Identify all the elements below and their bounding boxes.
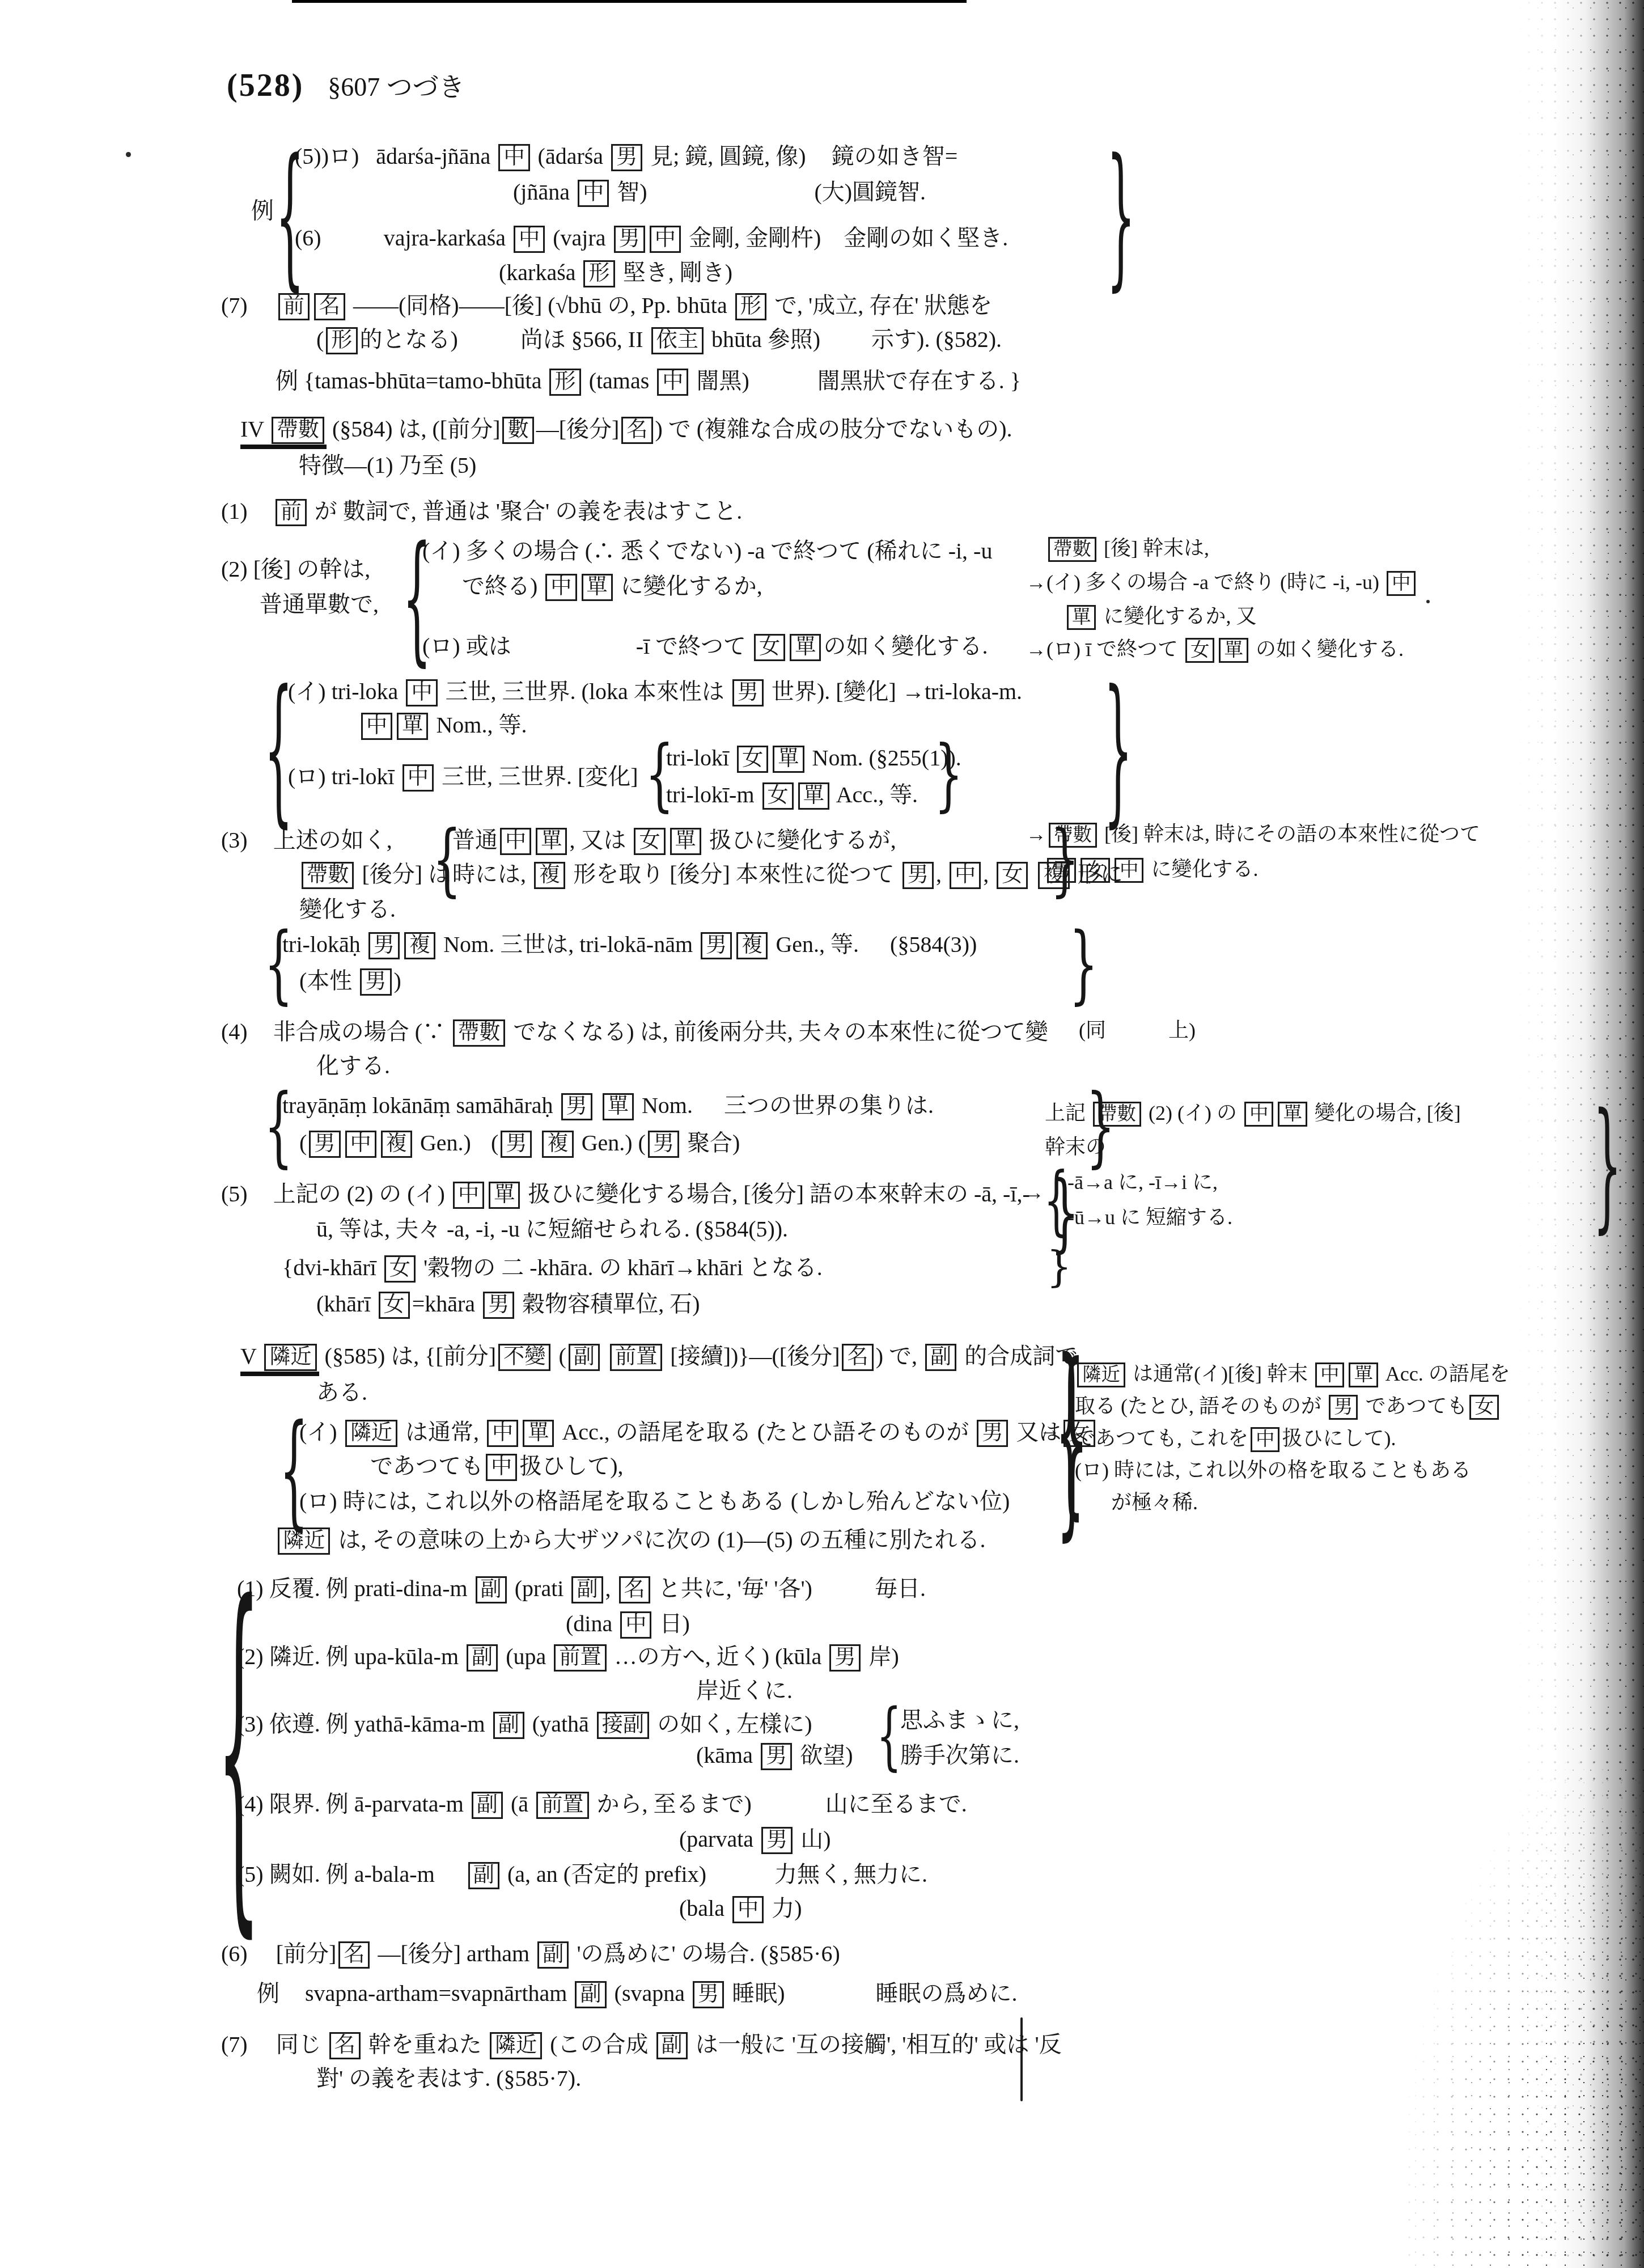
page-header: (528)§607 つづき — [227, 67, 465, 105]
grammar-tag: 帶數 — [272, 417, 324, 444]
grammar-tag: 前置 — [610, 1344, 662, 1371]
right-brace: } — [1046, 1245, 1072, 1288]
v-list2-line2: 岸近くに. — [696, 1677, 793, 1704]
iv-item5-line1: (5)上記の (2) の (イ) 中單 扱ひに變化する場合, [後分] 語の本來… — [221, 1180, 1030, 1209]
v-i-line2: であつても中扱ひして), — [370, 1453, 624, 1481]
grammar-tag: 副 — [656, 2032, 688, 2059]
grammar-tag: 男 — [829, 1644, 861, 1672]
grammar-tag: 中 — [402, 764, 434, 792]
iv-item4-line2: 化する. — [316, 1052, 390, 1080]
section-iv-heading: IV 帶數 (§584) は, ([前分]數—[後分]名) で (複雜な合成の肢… — [240, 416, 1012, 444]
triloka-inner1: tri-lokī 女單 Nom. (§255(1)). — [666, 744, 961, 773]
grammar-tag: 前置 — [536, 1792, 588, 1819]
spacer — [820, 341, 871, 342]
margin-iv2-line2: →(イ) 多くの場合 -a で終り (時に -i, -u) 中 — [1026, 570, 1418, 596]
grammar-tag: 副 — [476, 1576, 507, 1603]
grammar-tag: 單 — [773, 746, 804, 773]
v-list3-line2: (kāma 男 欲望) — [696, 1742, 853, 1770]
grammar-tag: 單 — [603, 1093, 634, 1120]
v-list1-line1: (1) 反覆. 例 prati-dina-m 副 (prati 副, 名 と共に… — [237, 1575, 926, 1603]
example5-line2: (jñāna 中 智)(大)圓鏡智. — [513, 179, 926, 207]
grammar-tag: 中 — [545, 574, 577, 601]
grammar-tag: 副 — [575, 1981, 606, 2008]
margin-iv3-line1: →帶數 [後] 幹末は, 時にその語の本來性に從つて — [1026, 822, 1480, 848]
spacer — [435, 1876, 466, 1877]
spacer — [821, 240, 844, 241]
grammar-tag: 單 — [536, 828, 567, 855]
spacer — [511, 648, 636, 649]
page-title: §607 つづき — [328, 73, 465, 101]
grammar-tag: 副 — [468, 1862, 499, 1889]
margin-iv2-line3: 單 に變化するか, 又 — [1065, 604, 1256, 630]
v-list5-line2: (bala 中 力) — [679, 1895, 802, 1923]
spacer — [359, 158, 376, 159]
grammar-tag: 複 — [381, 1131, 412, 1158]
iv-item2-label1: (2) [後] の幹は, — [221, 556, 370, 583]
grammar-tag: 女 — [754, 634, 785, 661]
grammar-tag: 男 — [483, 1292, 514, 1319]
spacer — [248, 1196, 273, 1197]
margin-iv3-line2: 男女中 に變化する. — [1045, 857, 1258, 883]
item7-line1: (7)前名 ——(同格)——[後] (√bhū の, Pp. bhūta 形 で… — [221, 292, 992, 320]
triloka-i-line2: 中單 Nom., 等. — [359, 712, 527, 740]
grammar-tag: 形 — [549, 369, 581, 396]
iv-item2-i-line1: (イ) 多くの場合 (∴ 悉くでない) -a で終つて (稀れに -i, -u — [422, 538, 992, 565]
grammar-tag: 副 — [467, 1644, 498, 1672]
grammar-tag: 中 — [950, 862, 981, 889]
iv-item1: (1)前 が 數詞で, 普通は '聚合' の義を表はすこと. — [221, 498, 742, 526]
v-item7-line1: (7)同じ 名 幹を重ねた 隣近 (この合成 副 は一般に '互の接觸', '相… — [221, 2031, 1062, 2059]
iv-item2-i-line2: で終る) 中單 に變化するか, — [462, 573, 762, 601]
grammar-tag: 女 — [384, 1255, 416, 1283]
grammar-tag: 中 — [1387, 571, 1416, 596]
grammar-tag: 中 — [578, 180, 609, 207]
scanned-grammar-page: { "colors": {"ink": "#141414", "paper": … — [0, 0, 1644, 2268]
grammar-tag: 中 — [1115, 858, 1143, 883]
grammar-tag: 單 — [670, 828, 701, 855]
spacer — [248, 307, 276, 308]
grammar-tag: 帶數 — [453, 1019, 505, 1047]
grammar-tag: 帶數 — [1048, 537, 1096, 562]
grammar-tag: 隣近 — [264, 1344, 316, 1371]
iv-item4-example2: (男中複 Gen.)(男 複 Gen.) (男 聚合) — [299, 1129, 740, 1158]
grammar-tag: 男 — [648, 1131, 679, 1158]
grammar-tag: 中 — [1315, 1363, 1344, 1387]
grammar-tag: 男 — [732, 679, 764, 706]
right-bracket-rule — [1020, 2017, 1023, 2101]
grammar-tag: 中 — [500, 828, 531, 855]
spacer — [752, 1806, 825, 1807]
example5-line1: (5))ロ)ādarśa-jñāna 中 (ādarśa 男 見; 鏡, 圓鏡,… — [295, 143, 957, 171]
section-v-heading-rest: (§585) は, {[前分]不變 (副 前置 [接續])}—([後分]名) で… — [319, 1343, 1078, 1369]
grammar-tag: 中 — [732, 1896, 764, 1923]
section-iv-heading-rest: (§584) は, ([前分]數—[後分]名) で (複雜な合成の肢分でないもの… — [327, 416, 1012, 442]
right-brace: } — [1107, 139, 1135, 294]
v-list2-line1: (2) 隣近. 例 upa-kūla-m 副 (upa 前置 …の方へ, 近く)… — [237, 1643, 899, 1672]
spacer — [1106, 1032, 1168, 1033]
grammar-tag: 數 — [502, 417, 533, 444]
grammar-tag: 副 — [571, 1576, 603, 1603]
margin-iv5-line3: -ā→a に, -ī→i に, — [1067, 1170, 1218, 1195]
v-list5-line1: (5) 闕如. 例 a-bala-m副 (a, an (否定的 prefix)力… — [237, 1861, 927, 1889]
grammar-tag: 女 — [1469, 1395, 1498, 1420]
scan-edge-line — [292, 0, 967, 3]
grammar-tag: 隣近 — [278, 1527, 330, 1555]
grammar-tag: 帶數 — [302, 862, 354, 889]
grammar-tag: 單 — [1219, 638, 1248, 663]
grammar-tag: 副 — [537, 1941, 569, 1969]
grammar-tag: 中 — [1244, 1102, 1273, 1127]
iv-item4-example1: trayāṇāṃ lokānāṃ samāhāraḥ 男 單 Nom.三つの世界… — [282, 1092, 934, 1120]
grammar-tag: 中 — [406, 679, 437, 706]
v-item6-line2: 例svapna-artham=svapnārtham 副 (svapna 男 睡… — [257, 1980, 1018, 2008]
spacer — [321, 240, 384, 241]
grammar-tag: 男 — [701, 932, 732, 959]
iv-item5-line2: ū, 等は, 夫々 -a, -i, -u に短縮せられる. (§584(5)). — [316, 1216, 788, 1243]
example6-line1: (6)vajra-karkaśa 中 (vajra 男中 金剛, 金剛杵)金剛の… — [295, 225, 1008, 253]
v-outro: 隣近 は, その意味の上から大ザツパに次の (1)—(5) の五種に別たれる. — [276, 1526, 985, 1555]
grammar-tag: 依主 — [651, 327, 704, 354]
grammar-tag: 中 — [487, 1420, 518, 1447]
page-number: (528) — [227, 68, 304, 103]
grammar-tag: 男 — [761, 1827, 793, 1854]
grammar-tag: 隣近 — [490, 2032, 542, 2059]
grammar-tag: 單 — [1067, 605, 1096, 630]
scan-noise-bottom — [1406, 1758, 1644, 2268]
grammar-tag: 中 — [486, 1454, 517, 1481]
grammar-tag: 複 — [534, 862, 565, 889]
v-list3-line1: (3) 依遵. 例 yathā-kāma-m 副 (yathā 接副 の如く, … — [237, 1711, 812, 1739]
grammar-tag: 中 — [1251, 1427, 1279, 1452]
left-brace: { — [876, 1699, 902, 1773]
right-brace: } — [934, 735, 963, 814]
grammar-tag: 中 — [345, 1131, 376, 1158]
spacer — [458, 341, 520, 342]
margin-v-line5: が極々稀. — [1111, 1491, 1198, 1515]
grammar-tag: 男 — [309, 1131, 340, 1158]
spacer — [859, 946, 890, 947]
grammar-tag: 中 — [650, 226, 681, 253]
margin-iv4-ditto: (同上) — [1079, 1018, 1196, 1043]
grammar-tag: 形 — [735, 293, 766, 320]
grammar-tag: 不變 — [498, 1344, 550, 1371]
grammar-tag: 帶數 — [1093, 1102, 1141, 1127]
grammar-tag: 形 — [583, 260, 615, 287]
grammar-tag: 名 — [621, 417, 652, 444]
grammar-tag: 中 — [657, 369, 688, 396]
spacer — [471, 1145, 491, 1146]
spacer — [248, 1956, 276, 1957]
section-v-heading: V 隣近 (§585) は, {[前分]不變 (副 前置 [接續])}—([後分… — [240, 1343, 1078, 1371]
grammar-tag: 女 — [379, 1292, 410, 1319]
grammar-tag: 女 — [737, 746, 768, 773]
section-iv-subheading: 特徴—(1) 乃至 (5) — [299, 452, 476, 479]
grammar-tag: 前置 — [554, 1644, 606, 1672]
triloka-inner2: tri-lokī-m 女單 Acc., 等. — [666, 781, 918, 810]
margin-v-line4: (ロ) 時には, これ以外の格を取ることもある — [1075, 1458, 1471, 1483]
grammar-tag: 男 — [1329, 1395, 1358, 1420]
grammar-tag: 男 — [614, 226, 645, 253]
grammar-tag: 男 — [368, 932, 400, 959]
iv-item3-line2b: 時には, 複 形を取り [後分] 本來性に從つて 男, 中, 女 複 形に — [452, 861, 1123, 889]
grammar-tag: 男 — [693, 1981, 724, 2008]
v-list3-gloss2: 勝手次第に. — [900, 1742, 1019, 1769]
grammar-tag: 單 — [1278, 1102, 1307, 1127]
grammar-tag: 單 — [397, 713, 428, 740]
item7-example: 例 {tamas-bhūta=tamo-bhūta 形 (tamas 中 闇黑)… — [276, 367, 1021, 396]
grammar-tag: 副 — [925, 1344, 956, 1371]
grammar-tag: 中 — [361, 713, 392, 740]
spacer — [706, 1876, 774, 1877]
grammar-tag: 帶數 — [1049, 823, 1097, 848]
spacer — [806, 158, 832, 159]
grammar-tag: 隣近 — [1077, 1363, 1125, 1387]
v-list3-gloss1: 思ふまゝに, — [900, 1707, 1019, 1734]
grammar-tag: 男 — [360, 968, 391, 996]
triloka-ro: (ロ) tri-lokī 中 三世, 三世界. [変化] — [288, 763, 638, 792]
grammar-tag: 女 — [1081, 858, 1109, 883]
spacer — [749, 383, 817, 384]
grammar-tag: 女 — [634, 828, 665, 855]
iv-item3-line3: 變化する. — [299, 896, 396, 923]
iv-item2-ro: (ロ) 或は-ī で終つて 女單の如く變化する. — [422, 633, 988, 661]
spacer — [279, 1995, 305, 1996]
margin-iv2-line1: 帶數 [後] 幹末は, — [1046, 536, 1209, 562]
grammar-tag: 男 — [501, 1131, 532, 1158]
grammar-tag: 女 — [997, 862, 1028, 889]
grammar-tag: 複 — [404, 932, 435, 959]
iv-item2-label2: 普通單數で, — [260, 591, 379, 618]
grammar-tag: 單 — [489, 1182, 520, 1209]
example-group-label: 例 — [251, 197, 274, 225]
triloka-i-line1: (イ) tri-loka 中 三世, 三世界. (loka 本來性は 男 世界)… — [288, 678, 1022, 706]
grammar-tag: 單 — [798, 782, 829, 810]
v-item6-line1: (6)[前分]名 —[後分] artham 副 'の爲めに' の場合. (§58… — [221, 1940, 840, 1969]
item7-line2: (形的となる)尚ほ §566, II 依主 bhūta 參照)示す). (§58… — [316, 326, 1002, 354]
right-brace: } — [1593, 1095, 1622, 1236]
grammar-tag: 單 — [582, 574, 613, 601]
v-list4-line2: (parvata 男 山) — [679, 1826, 831, 1854]
right-brace: } — [1069, 923, 1098, 1008]
spacer — [785, 1995, 876, 1996]
right-brace: } — [1104, 670, 1133, 830]
margin-v-line1: 隣近 は通常(イ)[後] 幹末 中單 Acc. の語尾を — [1075, 1362, 1510, 1387]
v-list4-line1: (4) 限界. 例 ā-parvata-m 副 (ā 前置 から, 至るまで)山… — [237, 1791, 967, 1819]
grammar-tag: 複 — [542, 1131, 573, 1158]
grammar-tag: 單 — [790, 634, 821, 661]
grammar-tag: 副 — [472, 1792, 503, 1819]
grammar-tag: 男 — [561, 1093, 592, 1120]
iv-item3-line2a: 帶數 [後分] は — [299, 861, 451, 889]
grammar-tag: 名 — [619, 1576, 650, 1603]
spacer — [248, 513, 273, 514]
grammar-tag: 單 — [523, 1420, 554, 1447]
grammar-tag: 女 — [1185, 638, 1214, 663]
spacer — [248, 842, 273, 843]
grammar-tag: 男 — [902, 862, 934, 889]
section-iv-label: IV 帶數 — [240, 416, 327, 449]
grammar-tag: 中 — [453, 1182, 484, 1209]
grammar-tag: 名 — [329, 2032, 361, 2059]
spacer — [248, 2046, 276, 2047]
grammar-tag: 接副 — [597, 1712, 649, 1739]
section-v-label: V 隣近 — [240, 1343, 319, 1376]
iv-item3-line1b: 普通中單, 又は 女單 扱ひに變化するが, — [452, 827, 896, 855]
spacer — [693, 1107, 724, 1108]
grammar-tag: 中 — [498, 144, 529, 171]
grammar-tag: 名 — [314, 293, 345, 320]
scan-dot — [1426, 600, 1430, 603]
iv-item3-example1: tri-lokāḥ 男複 Nom. 三世は, tri-lokā-nām 男複 G… — [282, 931, 977, 959]
margin-v-line3: であつても, これを中扱ひにして). — [1075, 1427, 1396, 1452]
grammar-tag: 副 — [569, 1344, 600, 1371]
iv-item5-example2: (khārī 女=khāra 男 穀物容積單位, 石) — [316, 1290, 700, 1319]
iv-item4-line1: (4)非合成の場合 (∵ 帶數 でなくなる) は, 前後兩分共, 夫々の本來性に… — [221, 1018, 1048, 1047]
grammar-tag: 單 — [1349, 1363, 1378, 1387]
grammar-tag: 名 — [338, 1941, 370, 1969]
grammar-tag: 男 — [977, 1420, 1008, 1447]
grammar-tag: 複 — [736, 932, 768, 959]
v-i-line1: (イ) 隣近 は通常, 中單 Acc., の語尾を取る (たとひ語そのものが 男… — [299, 1419, 1098, 1447]
grammar-tag: 前 — [278, 293, 310, 320]
grammar-tag: 形 — [326, 327, 357, 354]
margin-iv2-line4: →(ロ) ī で終つて 女單 の如く變化する. — [1026, 637, 1404, 663]
grammar-tag: 前 — [276, 499, 307, 526]
grammar-tag: 男 — [611, 144, 642, 171]
section-v-heading2: ある. — [316, 1379, 367, 1406]
v-item7-line2: 對' の義を表はす. (§585·7). — [316, 2065, 581, 2092]
grammar-tag: 名 — [842, 1344, 873, 1371]
v-list1-line2: (dina 中 日) — [566, 1610, 690, 1639]
v-ro: (ロ) 時には, これ以外の格語尾を取ることもある (しかし殆んどない位) — [299, 1488, 1010, 1515]
spacer — [812, 1590, 875, 1592]
scan-dot — [126, 152, 131, 157]
margin-iv5-line1: 上記 帶數 (2) (イ) の 中單 變化の場合, [後] — [1045, 1101, 1461, 1127]
iv-item3-line1a: (3)上述の如く, — [221, 827, 392, 854]
grammar-tag: 男 — [761, 1743, 792, 1770]
margin-iv5-line4: -ū→u に 短縮する. — [1067, 1205, 1232, 1230]
iv-item3-example2: (本性 男) — [299, 967, 401, 996]
grammar-tag: 中 — [620, 1611, 651, 1639]
grammar-tag: 隣近 — [345, 1420, 397, 1447]
iv-item5-example1: {dvi-khārī 女 '穀物の 二 -khāra. の khārī→khār… — [282, 1254, 823, 1283]
example6-line2: (karkaśa 形 堅き, 剛き) — [499, 259, 732, 287]
grammar-tag: 中 — [514, 226, 545, 253]
margin-v-line2: 取る (たとひ, 語そのものが 男 であつても女 — [1075, 1394, 1501, 1420]
grammar-tag: 副 — [493, 1712, 524, 1739]
grammar-tag: 女 — [762, 782, 794, 810]
grammar-tag: 男 — [1047, 858, 1076, 883]
spacer — [248, 1034, 273, 1035]
spacer — [647, 194, 814, 195]
